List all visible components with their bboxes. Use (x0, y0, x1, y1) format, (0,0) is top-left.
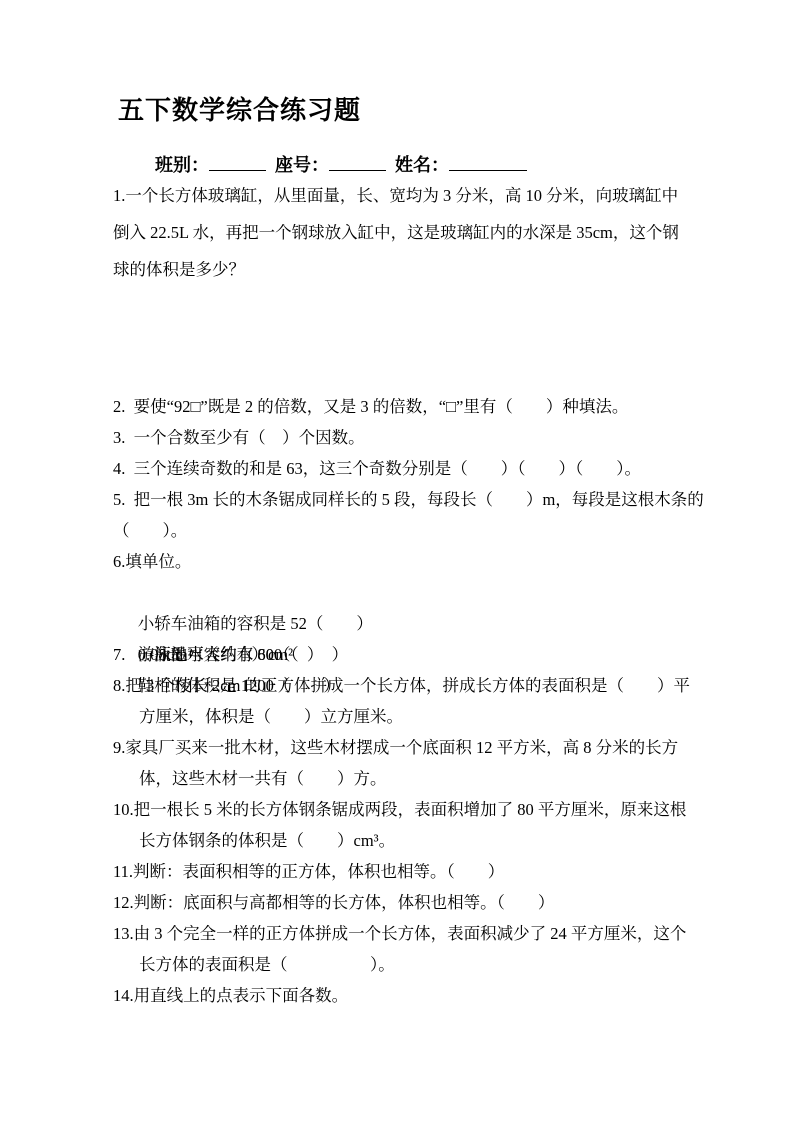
question-10-line-1: 10.把一根长 5 米的长方体钢条锯成两段，表面积增加了 80 平方厘米，原来这… (113, 794, 713, 825)
question-9-line-1: 9.家具厂买来一批木材，这些木材摆成一个底面积 12 平方米，高 8 分米的长方 (113, 732, 713, 763)
page-title: 五下数学综合练习题 (118, 90, 361, 127)
question-4: 4. 三个连续奇数的和是 63，这三个奇数分别是（ ）（ ）（ ）。 (113, 453, 713, 484)
seat-blank-underline (329, 154, 386, 171)
question-5-line-1: 5. 把一根 3m 长的木条锯成同样长的 5 段，每段长（ ）m，每段是这根木条… (113, 484, 713, 515)
class-blank-underline (209, 154, 266, 171)
class-label: 班别： (155, 155, 209, 175)
question-3: 3. 一个合数至少有（ ）个因数。 (113, 422, 713, 453)
name-blank-underline (449, 154, 527, 171)
question-14: 14.用直线上的点表示下面各数。 (113, 980, 713, 1011)
question-8-line-2: 方厘米，体积是（ ）立方厘米。 (113, 701, 713, 732)
question-1-line-2: 倒入 22.5L 水，再把一个钢球放入缸中，这是玻璃缸内的水深是 35cm，这个… (113, 214, 698, 251)
question-13-line-2: 长方体的表面积是（ ）。 (113, 949, 713, 980)
student-info-line: 班别：座号：姓名： (155, 151, 536, 177)
question-2: 2. 要使“92□”既是 2 的倍数，又是 3 的倍数，“□”里有（ ）种填法。 (113, 391, 713, 422)
worksheet-page: 五下数学综合练习题 班别：座号：姓名： 1.一个长方体玻璃缸，从里面量，长、宽均… (0, 0, 793, 1122)
question-6: 6.填单位。 (113, 546, 713, 577)
question-13-line-1: 13.由 3 个完全一样的正方体拼成一个长方体，表面积减少了 24 平方厘米，这… (113, 918, 713, 949)
question-10-line-2: 长方体钢条的体积是（ ）cm³。 (113, 825, 713, 856)
question-5-line-2: （ ）。 (113, 515, 713, 546)
name-label: 姓名： (395, 155, 449, 175)
seat-label: 座号： (275, 155, 329, 175)
question-list: 2. 要使“92□”既是 2 的倍数，又是 3 的倍数，“□”里有（ ）种填法。… (113, 391, 713, 1011)
units-car-tank: 小轿车油箱的容积是 52（ ） (138, 608, 362, 639)
units-row-1: 小轿车油箱的容积是 52（ ） 游泳池可容纳水 600（ ） (113, 577, 713, 608)
question-11: 11.判断：表面积相等的正方体，体积也相等。（ ） (113, 856, 713, 887)
question-1-line-1: 1.一个长方体玻璃缸，从里面量，长、宽均为 3 分米，高 10 分米，向玻璃缸中 (113, 177, 698, 214)
question-9-line-2: 体，这些木材一共有（ ）方。 (113, 763, 713, 794)
question-1: 1.一个长方体玻璃缸，从里面量，长、宽均为 3 分米，高 10 分米，向玻璃缸中… (113, 177, 698, 288)
question-12: 12.判断：底面积与高都相等的长方体，体积也相等。（ ） (113, 887, 713, 918)
question-1-line-3: 球的体积是多少？ (113, 251, 698, 288)
question-8-line-1: 8.把 3 个棱长 2cm 的正方体拼成一个长方体，拼成长方体的表面积是（ ）平 (113, 670, 713, 701)
question-7: 7. 0.08dm²=（ ）cm² (113, 639, 713, 670)
